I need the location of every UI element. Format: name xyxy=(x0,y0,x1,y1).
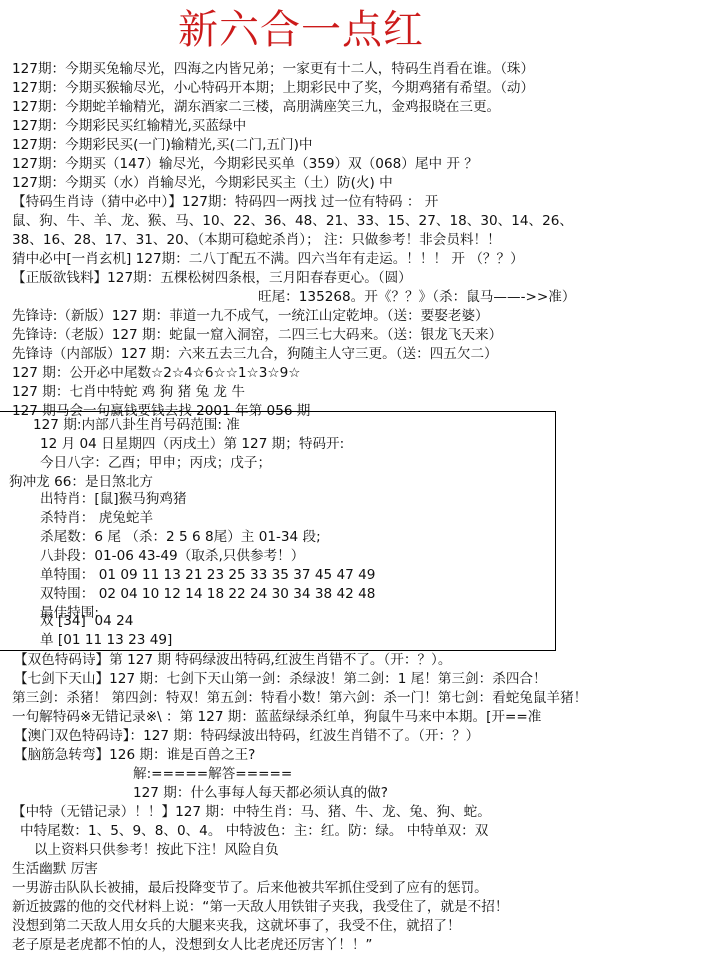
disclaimer: 以上资料只供参考！按此下注！风险自负 xyxy=(34,841,279,860)
humor-heading: 生活幽默 厉害 xyxy=(12,860,98,879)
text-line: 127期：今期彩民买红输精光,买蓝绿中 xyxy=(12,117,246,136)
text-line: 127期：今期蛇羊输精光，湖东酒家二三楼，高朋满座笑三九，金鸡报晓在三更。 xyxy=(12,98,500,117)
box-header: 127 期:内部八卦生肖号码范围: 准 xyxy=(33,416,240,435)
text-line: 先锋诗（内部版）127 期：六来五去三九合，狗随主人守三更。（送：四五欠二） xyxy=(12,345,498,364)
box-row-label: 单 xyxy=(40,632,58,648)
box-row-label: 出特肖： xyxy=(40,491,94,507)
text-line: 鼠、狗、牛、羊、龙、猴、马、10、22、36、48、21、33、15、27、18… xyxy=(12,212,573,231)
text-line: 127 期：公开必中尾数☆2☆4☆6☆☆1☆3☆9☆ xyxy=(12,364,300,383)
text-line: 一句解特码※无错记录※\ ：第 127 期：蓝蓝绿绿杀红单，狗鼠牛马来中本期。[… xyxy=(12,708,541,727)
box-row-value: 01-06 43-49（取杀,只供参考！） xyxy=(94,548,304,564)
box-date-line: 12 月 04 日星期四（丙戌土）第 127 期；特码开: xyxy=(40,435,344,454)
section-heading: 【脑筋急转弯】126 期：谁是百兽之王? xyxy=(14,746,255,765)
page-title: 新六合一点红 xyxy=(178,6,424,54)
box-row: 杀特肖： 虎兔蛇羊 xyxy=(40,509,153,528)
text-line: 127期：今期买（147）输尽光，今期彩民买单（359）双（068）尾中 开 ？ xyxy=(12,155,478,174)
box-row-label: 杀特肖： xyxy=(40,510,94,526)
box-row-label: 单特围： xyxy=(40,567,94,583)
box-row: 八卦段：01-06 43-49（取杀,只供参考！） xyxy=(40,547,304,566)
text-line: 一男游击队队长被捕，最后投降变节了。后来他被共军抓住受到了应有的惩罚。 xyxy=(12,879,488,898)
box-row-value: [34] 04 24 xyxy=(58,613,133,629)
text-line: 127期：今期彩民买(一门)输精光,买(二门,五门)中 xyxy=(12,136,313,155)
box-row-value: 02 04 10 12 14 18 22 24 30 34 38 42 48 xyxy=(94,586,375,602)
box-row-label: 双 xyxy=(40,613,58,629)
box-row-value: [鼠]猴马狗鸡猪 xyxy=(94,491,186,507)
box-row-value: 6 尾 （杀：2 5 6 8尾）主 01-34 段; xyxy=(94,529,320,545)
text-line: 没想到第二天敌人用女兵的大腿来夹我，这就坏事了，我受不住，就招了！ xyxy=(12,917,461,936)
box-row-value: [01 11 13 23 49] xyxy=(58,632,172,648)
section-heading: 【澳门双色特码诗】：127 期：特码绿波出特码，红波生肖错不了。（开：？） xyxy=(14,727,479,746)
box-row: 杀尾数：6 尾 （杀：2 5 6 8尾）主 01-34 段; xyxy=(40,528,321,547)
text-line: 先锋诗:（新版）127 期：菲道一九不成气，一统江山定乾坤。（送：要娶老婆） xyxy=(12,307,489,326)
section-heading: 【正版欲钱料】127期：五棵松树四条根，三月阳春春更心。（圆） xyxy=(12,269,412,288)
section-heading: 【双色特码诗】第 127 期 特码绿波出特码,红波生肖错不了。（开：？）。 xyxy=(14,651,451,670)
box-row-label: 杀尾数： xyxy=(40,529,94,545)
text-line: 老子原是老虎都不怕的人，没想到女人比老虎还厉害丫！！” xyxy=(12,936,372,955)
text-line: 127期：今期买兔输尽光，四海之内皆兄弟；一家更有十二人，特码生肖看在谁。（珠） xyxy=(12,60,534,79)
box-row: 双 [34] 04 24 xyxy=(40,612,133,631)
section-heading: 【特码生肖诗（猜中必中）】127期：特码四一两找 过一位有特码 ： 开 xyxy=(12,193,438,212)
wangwei-line: 旺尾：135268。开《？？》（杀：鼠马——->>准） xyxy=(258,288,575,307)
text-line: 127 期：七肖中特蛇 鸡 狗 猪 兔 龙 牛 xyxy=(12,383,245,402)
box-row: 单特围： 01 09 11 13 21 23 25 33 35 37 45 47… xyxy=(40,566,375,585)
section-heading: 【中特（无错记录）！！】127 期：中特生肖：马、猪、牛、龙、兔、狗、蛇。 xyxy=(12,803,491,822)
text-line: 先锋诗:（老版）127 期：蛇鼠一窟入洞窑，二四三七大码来。（送：银龙飞天来） xyxy=(12,326,502,345)
box-row: 双特围： 02 04 10 12 14 18 22 24 30 34 38 42… xyxy=(40,585,375,604)
box-row-label: 八卦段： xyxy=(40,548,94,564)
riddle-question: 127 期：什么事每人每天都必须认真的做? xyxy=(133,784,388,803)
text-line: 新近披露的他的交代材料上说：“第一天敌人用铁钳子夹我，我受住了，就是不招！ xyxy=(12,898,508,917)
text-line: 127期：今期买（水）肖输尽光，今期彩民买主（土）防(火) 中 xyxy=(12,174,393,193)
text-line: 38、16、28、17、31、20、（本期可稳蛇杀肖）； 注：只做参考！非会员料… xyxy=(12,231,501,250)
box-row: 单 [01 11 13 23 49] xyxy=(40,631,172,650)
box-row-label: 双特围： xyxy=(40,586,94,602)
box-row: 出特肖：[鼠]猴马狗鸡猪 xyxy=(40,490,187,509)
box-row-value: 01 09 11 13 21 23 25 33 35 37 45 47 49 xyxy=(94,567,375,583)
box-row-value: 虎兔蛇羊 xyxy=(94,510,153,526)
text-line: 猜中必中[一肖玄机] 127期：二八丁配五不满。四六当年有走运。！！！ 开 （？… xyxy=(12,250,524,269)
text-line: 中特尾数：1、5、9、8、0、4。 中特波色：主：红。防：绿。 中特单双：双 xyxy=(20,822,488,841)
text-line: 第三剑：杀猪！ 第四剑：特双！第五剑：特看小数！第六剑：杀一门！第七剑：看蛇兔鼠… xyxy=(12,689,587,708)
section-heading: 【七剑下天山】127 期：七剑下天山第一剑：杀绿波！第二剑：1 尾！第三剑：杀四… xyxy=(14,670,547,689)
riddle-answer-header: 解:=====解答===== xyxy=(133,765,292,784)
text-line: 127期：今期买猴输尽光，小心特码开本期；上期彩民中了奖，今期鸡猪有希望。（动） xyxy=(12,79,534,98)
box-bazi-line: 今日八字：乙酉；甲申；丙戌；戊子； xyxy=(40,454,271,473)
